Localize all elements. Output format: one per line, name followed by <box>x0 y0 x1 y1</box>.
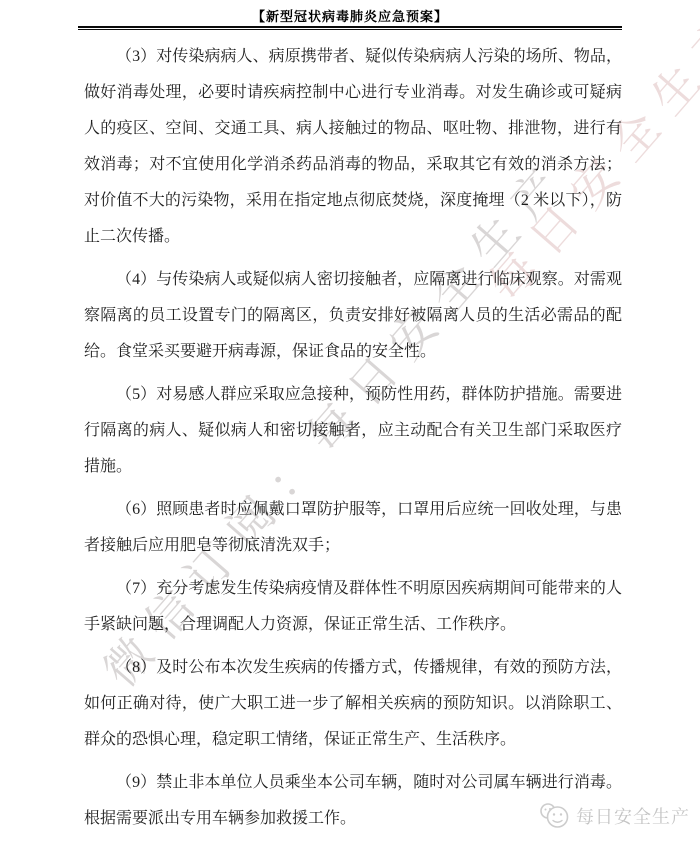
header-divider <box>78 26 622 30</box>
paragraph: （3）对传染病病人、病原携带者、疑似传染病病人污染的场所、物品，做好消毒处理，必… <box>84 39 622 255</box>
paragraph: （6）照顾患者时应佩戴口罩防护服等，口罩用后应统一回收处理，与患者接触后应用肥皂… <box>84 492 622 564</box>
publisher-name: 每日安全生产 <box>576 803 690 829</box>
document-body: （3）对传染病病人、病原携带者、疑似传染病病人污染的场所、物品，做好消毒处理，必… <box>84 39 622 844</box>
publisher-logo: 每日安全生产 <box>538 802 690 829</box>
paragraph: （4）与传染病人或疑似病人密切接触者，应隔离进行临床观察。对需观察隔离的员工设置… <box>84 262 622 370</box>
paragraph: （7）充分考虑发生传染病疫情及群体性不明原因疾病期间可能带来的人手紧缺问题，合理… <box>84 571 622 643</box>
paragraph: （8）及时公布本次发生疾病的传播方式，传播规律，有效的预防方法，如何正确对待，使… <box>84 650 622 758</box>
document-page: 【新型冠状病毒肺炎应急预案】 微信订阅：每日安全生产 每日安全生产 （3）对传染… <box>0 0 700 845</box>
page-title: 【新型冠状病毒肺炎应急预案】 <box>0 6 700 25</box>
wechat-faces-icon <box>538 802 572 829</box>
paragraph: （5）对易感人群应采取应急接种，预防性用药，群体防护措施。需要进行隔离的病人、疑… <box>84 377 622 485</box>
